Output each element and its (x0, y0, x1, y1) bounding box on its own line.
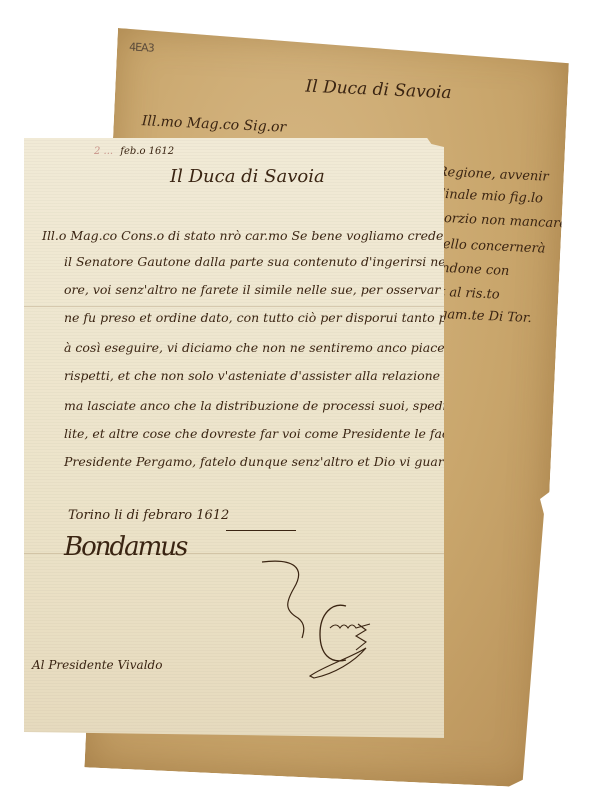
archive-number: 4EA3 (129, 41, 154, 55)
date-note: 2 ... feb.o 1612 (94, 146, 174, 157)
back-letter-salutation: Ill.mo Mag.co Sig.or (141, 113, 286, 136)
back-letter-line: porzio non mancare (435, 211, 567, 232)
body-line: lite, et altre cose che dovreste far voi… (64, 426, 472, 441)
back-letter-line: dinale mio fig.lo (436, 187, 543, 207)
paper-fold (24, 306, 444, 307)
closing-place-date: Torino li di febraro 1612 (68, 508, 229, 523)
body-line: rispetti, et che non solo v'asteniate d'… (64, 368, 487, 383)
back-letter-line: andone con (433, 261, 510, 279)
body-line: ma lasciate anco che la distribuzione de… (64, 398, 496, 413)
body-line: Presidente Pergamo, fatelo dunque senz'a… (64, 454, 506, 469)
duke-signature-icon (254, 558, 394, 688)
addressee: Al Presidente Vivaldo (32, 658, 162, 672)
back-letter-line: nello concernerà (434, 237, 546, 257)
back-letter-line: egam.te Di Tor. (431, 307, 532, 327)
back-letter-heading: Il Duca di Savoia (305, 77, 452, 104)
pencil-note: 2 ... (94, 146, 113, 157)
date-note-ink: feb.o 1612 (120, 146, 174, 157)
front-letter: 2 ... feb.o 1612 Il Duca di Savoia Ill.o… (24, 138, 444, 738)
closing-underline (226, 530, 296, 531)
back-letter-line: Regione, avvenir (437, 165, 549, 185)
front-letter-heading: Il Duca di Savoia (170, 166, 325, 187)
secretary-signature: Bondamus (64, 532, 186, 562)
